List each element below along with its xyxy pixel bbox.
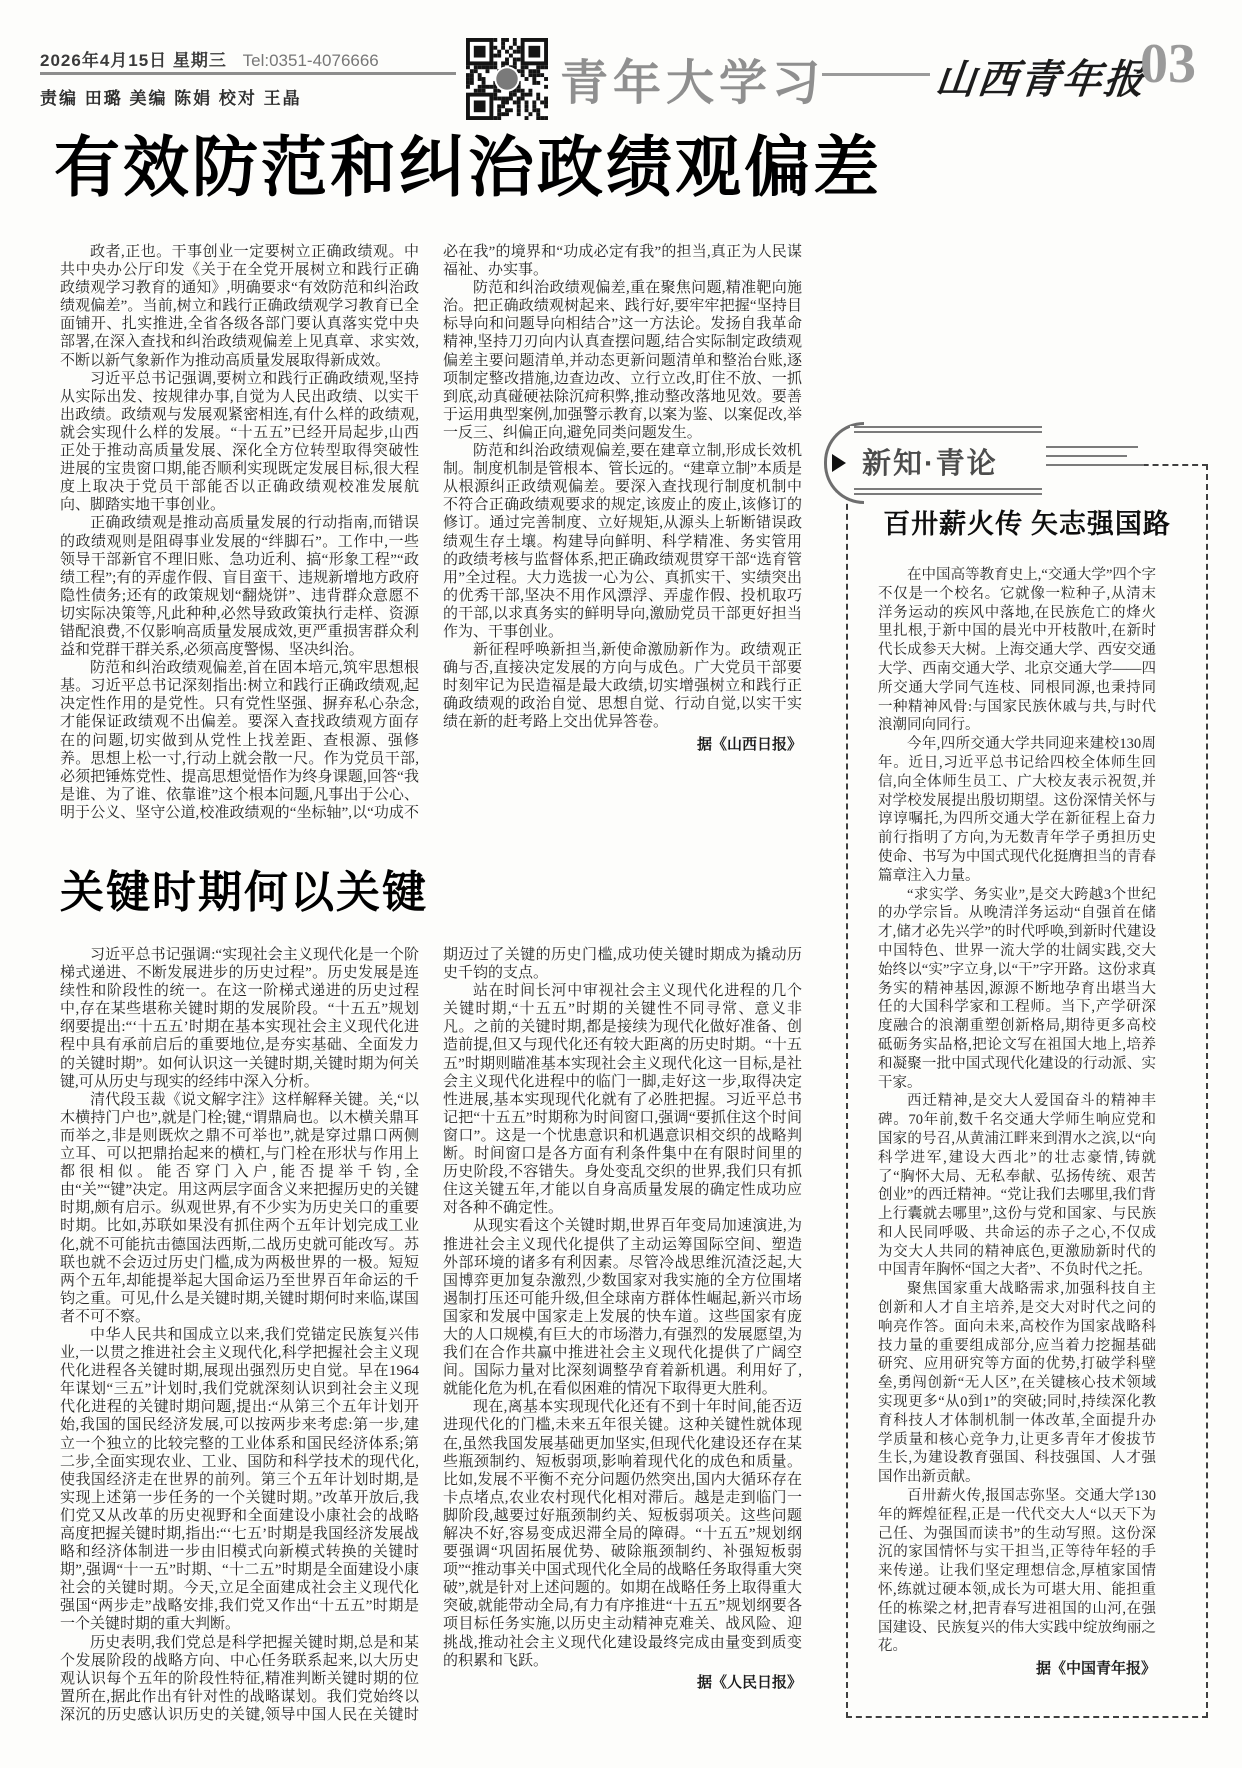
section-label-frame: 新知·青论 [850,426,1046,495]
sidebar-paragraph: “求实学、务实业”,是交大跨越3个世纪的办学宗旨。从晚清洋务运动“自强首在储才,… [878,886,1156,1093]
header-rule-right [822,73,930,76]
article2-source-credit: 据《人民日报》 [443,1674,802,1692]
article2-paragraph: 中华人民共和国成立以来,我们党锚定民族复兴伟业,一以贯之推进社会主义现代化,科学… [60,1326,419,1634]
article2-paragraph: 从现实看这个关键时期,世界百年变局加速演进,为推进社会主义现代化提供了主动运筹国… [443,1217,802,1398]
article1-paragraph: 防范和纠治政绩观偏差,要在建章立制,形成长效机制。制度机制是管根本、管长远的。“… [443,442,802,641]
article2-body: 习近平总书记强调:“实现社会主义现代化是一个阶梯式递进、不断发展进步的历史过程”… [60,946,802,1730]
article1-body: 政者,正也。干事创业一定要树立正确政绩观。中共中央办公厅印发《关于在全党开展树立… [60,243,802,841]
sidebar-headline: 百卅薪火传 矢志强国路 [848,502,1206,541]
double-rule-top [854,426,1042,433]
tel-text: Tel:0351-4076666 [243,51,379,70]
sidebar-body: 在中国高等教育史上,“交通大学”四个字不仅是一个校名。它就像一粒种子,从清末洋务… [878,566,1156,1706]
section-title: 青年大学习 [560,44,825,113]
sidebar-source-credit: 据《中国青年报》 [878,1660,1156,1679]
section-label-text: 新知·青论 [854,433,1042,488]
triangle-marker-icon [832,454,846,472]
article1-paragraph: 政者,正也。干事创业一定要树立正确政绩观。中共中央办公厅印发《关于在全党开展树立… [60,243,419,370]
sidebar-paragraph: 百卅薪火传,报国志弥坚。交通大学130年的辉煌征程,正是一代代交大人“以天下为己… [878,1487,1156,1656]
article2-headline: 关键时期何以关键 [60,856,428,920]
article1-paragraph: 习近平总书记强调,要树立和践行正确政绩观,坚持从实际出发、按规律办事,自觉为人民… [60,370,419,515]
sidebar-section-label: 新知·青论 [828,420,1076,506]
article1-paragraph: 新征程呼唤新担当,新使命激励新作为。政绩观正确与否,直接决定发展的方向与成色。广… [443,641,802,731]
header-editors: 责编 田璐 美编 陈娟 校对 王晶 [40,84,302,109]
header-rule-left [40,72,456,75]
paper-name: 山西青年报 [933,48,1149,105]
article2-paragraph: 站在时间长河中审视社会主义现代化进程的几个关键时期,“十五五”时期的关键性不同寻… [443,982,802,1217]
date-text: 2026年4月15日 星期三 [40,51,227,70]
qr-code-icon [466,38,548,120]
article2-paragraph: 现在,离基本实现现代化还有不到十年时间,能否迈进现代化的门槛,未来五年很关键。这… [443,1398,802,1669]
article1-headline: 有效防范和纠治政绩观偏差 [54,128,914,211]
article2-paragraph: 清代段玉裁《说文解字注》这样解释关键。关,“以木横持门户也”,就是门栓;键,“谓… [60,1091,419,1326]
sidebar-paragraph: 聚焦国家重大战略需求,加强科技自主创新和人才自主培养,是交大对时代之问的响亮作答… [878,1280,1156,1487]
sidebar-article-box: 百卅薪火传 矢志强国路 在中国高等教育史上,“交通大学”四个字不仅是一个校名。它… [846,464,1208,1718]
article1-paragraph: 防范和纠治政绩观偏差,重在聚焦问题,精准靶向施治。把正确政绩观树起来、践行好,要… [443,279,802,442]
article1-source-credit: 据《山西日报》 [443,736,802,754]
article2-paragraph: 习近平总书记强调:“实现社会主义现代化是一个阶梯式递进、不断发展进步的历史过程”… [60,946,419,1091]
sidebar-paragraph: 今年,四所交通大学共同迎来建校130周年。近日,习近平总书记给四校全体师生回信,… [878,735,1156,885]
page-number: 03 [1140,32,1196,96]
double-rule-bottom [854,488,1042,495]
article1-paragraph: 正确政绩观是推动高质量发展的行动指南,而错误的政绩观则是阻碍事业发展的“绊脚石”… [60,514,419,659]
sidebar-paragraph: 在中国高等教育史上,“交通大学”四个字不仅是一个校名。它就像一粒种子,从清末洋务… [878,566,1156,735]
newspaper-page: 2026年4月15日 星期三 Tel:0351-4076666 责编 田璐 美编… [0,0,1242,1768]
header-date: 2026年4月15日 星期三 Tel:0351-4076666 [40,46,379,71]
sidebar-paragraph: 西迁精神,是交大人爱国奋斗的精神丰碑。70年前,数千名交通大学师生响应党和国家的… [878,1092,1156,1280]
